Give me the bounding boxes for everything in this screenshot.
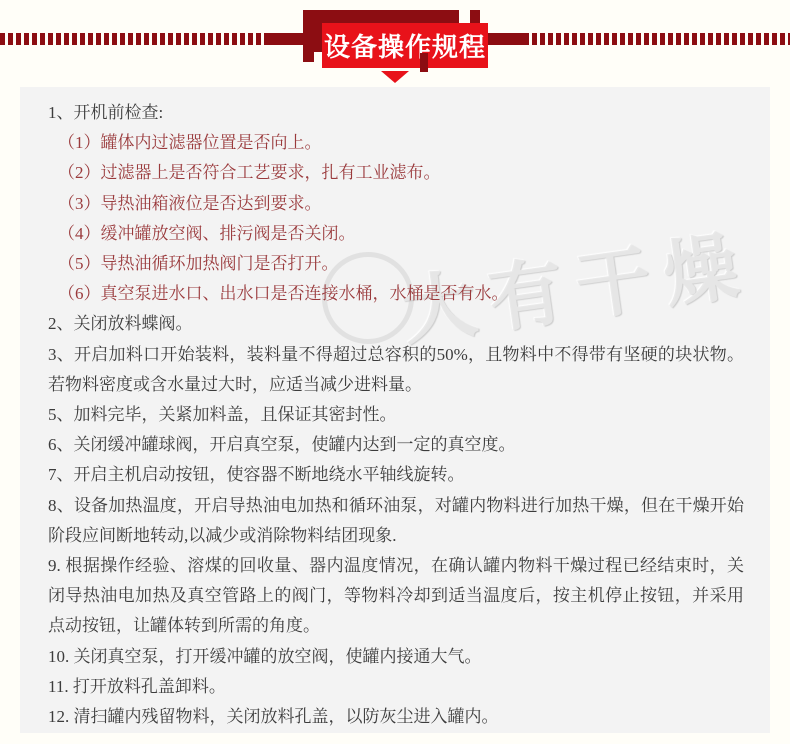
title-notch-top (459, 10, 470, 24)
procedure-item: 10. 关闭真空泵，打开缓冲罐的放空阀，使罐内接通大气。 (48, 642, 744, 672)
header-stripe-left (0, 33, 266, 45)
procedure-item: 9. 根据操作经验、溶煤的回收量、器内温度情况，在确认罐内物料干燥过程已经结束时… (48, 551, 744, 642)
header-stripe-right (524, 33, 790, 45)
procedure-item: 2、关闭放料蝶阀。 (48, 309, 744, 339)
procedure-item: 7、开启主机启动按钮，使容器不断地绕水平轴线旋转。 (48, 460, 744, 490)
down-triangle-icon (381, 71, 409, 83)
procedure-item: 6、关闭缓冲罐球阀，开启真空泵，使罐内达到一定的真空度。 (48, 430, 744, 460)
procedure-panel: 1、开机前检查: （1）罐体内过滤器位置是否向上。 （2）过滤器上是否符合工艺要… (20, 87, 770, 733)
title-corner-nub (420, 53, 428, 72)
procedure-subitem: （6）真空泵进水口、出水口是否连接水桶，水桶是否有水。 (48, 279, 744, 309)
page: 设备操作规程 1、开机前检查: （1）罐体内过滤器位置是否向上。 （2）过滤器上… (0, 0, 790, 744)
header-banner: 设备操作规程 (0, 0, 790, 87)
procedure-item: 3、开启加料口开始装料，装料量不得超过总容积的50%，且物料中不得带有坚硬的块状… (48, 340, 744, 400)
procedure-subitem: （5）导热油循环加热阀门是否打开。 (48, 249, 744, 279)
procedure-item: 1、开机前检查: (48, 98, 744, 128)
procedure-subitem: （1）罐体内过滤器位置是否向上。 (48, 128, 744, 158)
procedure-item: 11. 打开放料孔盖卸料。 (48, 672, 744, 702)
header-bar-right (487, 33, 525, 45)
procedure-subitem: （2）过滤器上是否符合工艺要求，扎有工业滤布。 (48, 158, 744, 188)
page-title-box: 设备操作规程 (322, 23, 488, 68)
procedure-item: 8、设备加热温度，开启导热油电加热和循环油泵，对罐内物料进行加热干燥，但在干燥开… (48, 491, 744, 551)
procedure-subitem: （4）缓冲罐放空阀、排污阀是否关闭。 (48, 219, 744, 249)
page-title: 设备操作规程 (324, 27, 486, 64)
title-notch-bottom (314, 52, 322, 62)
procedure-subitem: （3）导热油箱液位是否达到要求。 (48, 189, 744, 219)
procedure-item: 12. 清扫罐内残留物料，关闭放料孔盖，以防灰尘进入罐内。 (48, 702, 744, 732)
procedure-item: 5、加料完毕，关紧加料盖，且保证其密封性。 (48, 400, 744, 430)
